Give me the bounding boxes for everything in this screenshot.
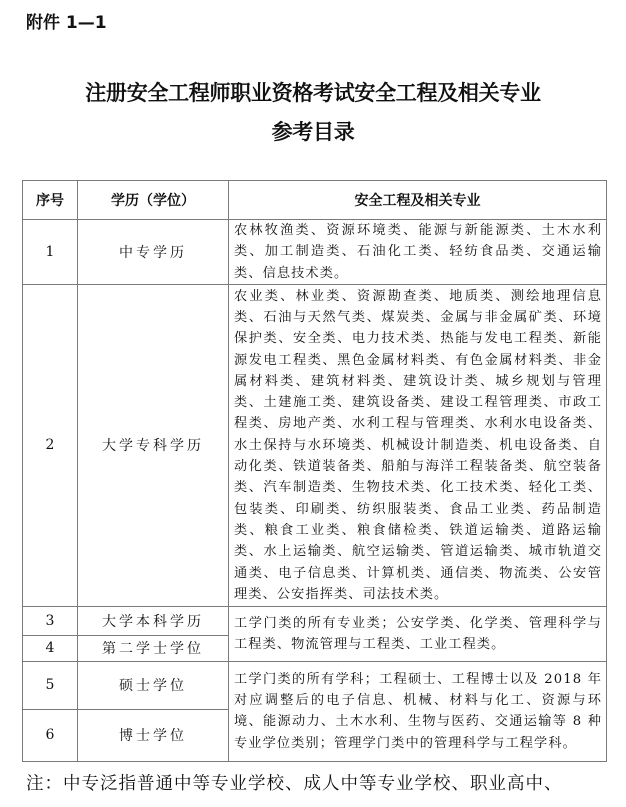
row-degree: 大学专科学历 — [78, 284, 229, 606]
row-no: 4 — [23, 635, 78, 661]
header-majors: 安全工程及相关专业 — [229, 181, 607, 220]
row-majors: 农林牧渔类、资源环境类、能源与新能源类、土木水利类、加工制造类、石油化工类、轻纺… — [229, 220, 607, 285]
row-no: 5 — [23, 661, 78, 709]
row-no: 1 — [23, 220, 78, 285]
table-row: 2 大学专科学历 农业类、林业类、资源勘查类、地质类、测绘地理信息类、石油与天然… — [23, 284, 607, 606]
row-no: 6 — [23, 709, 78, 761]
document-title: 注册安全工程师职业资格考试安全工程及相关专业 — [0, 77, 626, 107]
row-degree: 第二学士学位 — [78, 635, 229, 661]
row-degree: 大学本科学历 — [78, 606, 229, 635]
table-row: 3 大学本科学历 工学门类的所有专业类；公安学类、化学类、管理科学与工程类、物流… — [23, 606, 607, 635]
table-row: 1 中专学历 农林牧渔类、资源环境类、能源与新能源类、土木水利类、加工制造类、石… — [23, 220, 607, 285]
row-majors: 农业类、林业类、资源勘查类、地质类、测绘地理信息类、石油与天然气类、煤炭类、金属… — [229, 284, 607, 606]
row-no: 2 — [23, 284, 78, 606]
row-majors: 工学门类的所有学科；工程硕士、工程博士以及 2018 年对应调整后的电子信息、机… — [229, 661, 607, 761]
attachment-label: 附件 1—1 — [26, 8, 107, 33]
row-no: 3 — [23, 606, 78, 635]
header-no: 序号 — [23, 181, 78, 220]
table-row: 5 硕士学位 工学门类的所有学科；工程硕士、工程博士以及 2018 年对应调整后… — [23, 661, 607, 709]
majors-table: 序号 学历（学位） 安全工程及相关专业 1 中专学历 农林牧渔类、资源环境类、能… — [22, 180, 607, 762]
row-degree: 硕士学位 — [78, 661, 229, 709]
footnote: 注：中专泛指普通中等专业学校、成人中等专业学校、职业高中、 — [26, 770, 563, 795]
row-degree: 博士学位 — [78, 709, 229, 761]
row-degree: 中专学历 — [78, 220, 229, 285]
document-subtitle: 参考目录 — [0, 116, 626, 146]
header-degree: 学历（学位） — [78, 181, 229, 220]
row-majors: 工学门类的所有专业类；公安学类、化学类、管理科学与工程类、物流管理与工程类、工业… — [229, 606, 607, 661]
table-header-row: 序号 学历（学位） 安全工程及相关专业 — [23, 181, 607, 220]
